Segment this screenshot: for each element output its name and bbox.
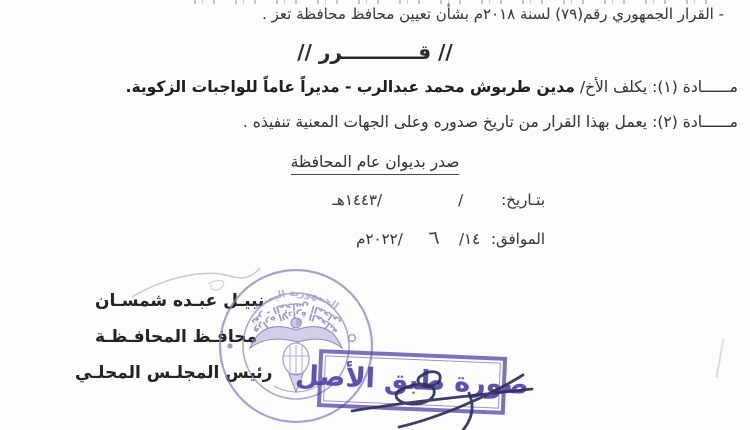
signatory-title-council: رئيس المجلـس المحلـي bbox=[75, 363, 272, 383]
issued-at-line: صدر بديوان عام المحافظة bbox=[0, 153, 750, 171]
seal-bottom-inner-arc-text: وزارة الإدارة المحلية bbox=[252, 308, 341, 336]
article-1: مــــــادة (١): يكلف الأخ/ مدين طربوش مح… bbox=[126, 78, 738, 96]
article-1-appointee: مدين طربوش محمد عبدالرب - مديراً عاماً ل… bbox=[126, 78, 575, 96]
signatory-name: نبيـل عبـده شمسـان bbox=[95, 291, 264, 311]
signatory-title-governor: محافـظ المحافـظـة bbox=[95, 327, 257, 347]
reference-line: - القرار الجمهوري رقم(٧٩) لسنة ٢٠١٨م بشأ… bbox=[262, 5, 724, 23]
true-copy-stamp-text: صورة طبق الأصل bbox=[295, 360, 530, 401]
svg-text:الجمهورية اليمنية: الجمهورية اليمنية bbox=[252, 288, 341, 312]
gregorian-date-label: الموافق: bbox=[491, 230, 545, 248]
gregorian-day: ١٤/ bbox=[459, 230, 480, 248]
scan-crease-artifact bbox=[716, 338, 725, 378]
gregorian-year: /٢٠٢٢م bbox=[356, 230, 403, 248]
article-2: مــــــادة (٢): يعمل بهذا القرار من تاري… bbox=[243, 113, 738, 131]
article-2-label: مــــــادة (٢): bbox=[652, 113, 738, 131]
article-1-label: مــــــادة (١): bbox=[652, 78, 738, 96]
true-copy-stamp: صورة طبق الأصل bbox=[317, 349, 507, 415]
handwritten-month: ٦ bbox=[427, 226, 440, 249]
article-2-text: يعمل بهذا القرار من تاريخ صدوره وعلى الج… bbox=[243, 113, 647, 131]
seal-top-arc-text: الجمهورية اليمنية bbox=[252, 288, 341, 312]
decree-heading: // قـــــــــــرر // bbox=[0, 40, 750, 64]
hijri-day-slash: / bbox=[458, 191, 463, 209]
svg-text:وزارة الإدارة المحلية: وزارة الإدارة المحلية bbox=[252, 308, 341, 336]
article-1-text: يكلف الأخ/ bbox=[580, 78, 647, 96]
scanned-decree-document: - القرار الجمهوري رقم(٧٩) لسنة ٢٠١٨م بشأ… bbox=[0, 0, 750, 430]
hijri-date-line: بتـاريخ://١٤٤٣هـ bbox=[333, 191, 546, 209]
clipped-previous-line bbox=[185, 0, 712, 4]
hijri-year: /١٤٤٣هـ bbox=[333, 191, 383, 209]
gregorian-date-line: الموافق: ١٤/٦/٢٠٢٢م bbox=[356, 227, 545, 249]
hijri-date-label: بتـاريخ: bbox=[501, 191, 545, 209]
seal-right-dot bbox=[349, 335, 356, 342]
